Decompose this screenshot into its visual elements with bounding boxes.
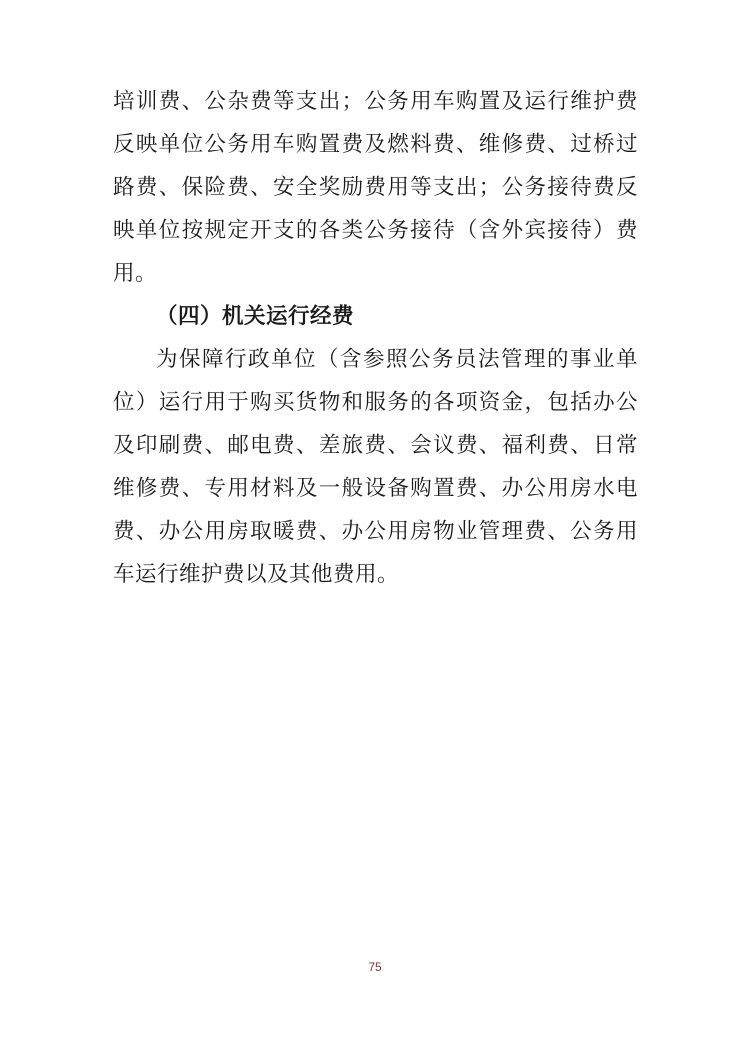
- paragraph-body: 为保障行政单位（含参照公务员法管理的事业单位）运行用于购买货物和服务的各项资金，…: [113, 338, 638, 596]
- page-footer: 75: [0, 958, 750, 976]
- page-number: 75: [368, 960, 381, 974]
- document-page: 培训费、公杂费等支出；公务用车购置及运行维护费反映单位公务用车购置费及燃料费、维…: [0, 0, 750, 1060]
- document-text-block: 培训费、公杂费等支出；公务用车购置及运行维护费反映单位公务用车购置费及燃料费、维…: [113, 80, 638, 596]
- section-heading: （四）机关运行经费: [113, 295, 638, 338]
- paragraph-continued: 培训费、公杂费等支出；公务用车购置及运行维护费反映单位公务用车购置费及燃料费、维…: [113, 80, 638, 295]
